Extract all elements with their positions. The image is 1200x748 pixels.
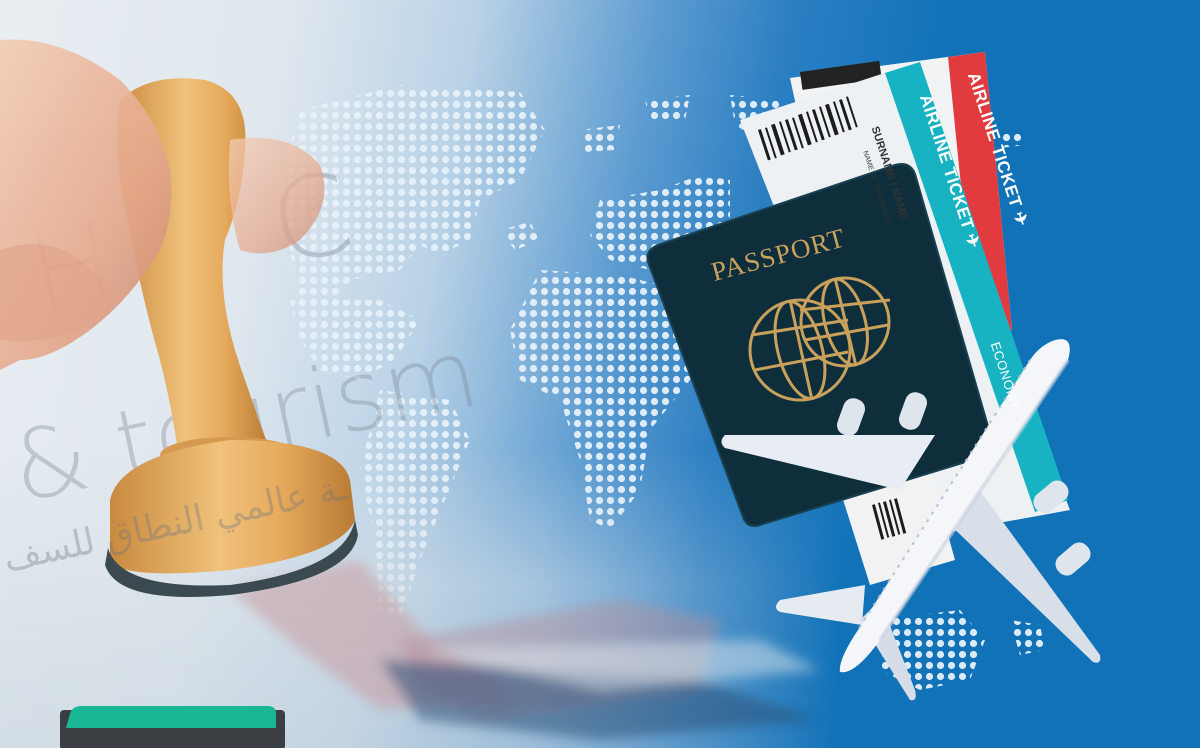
travel-documents <box>0 0 1200 748</box>
travel-scene: H w C & tourism <box>0 0 1200 748</box>
